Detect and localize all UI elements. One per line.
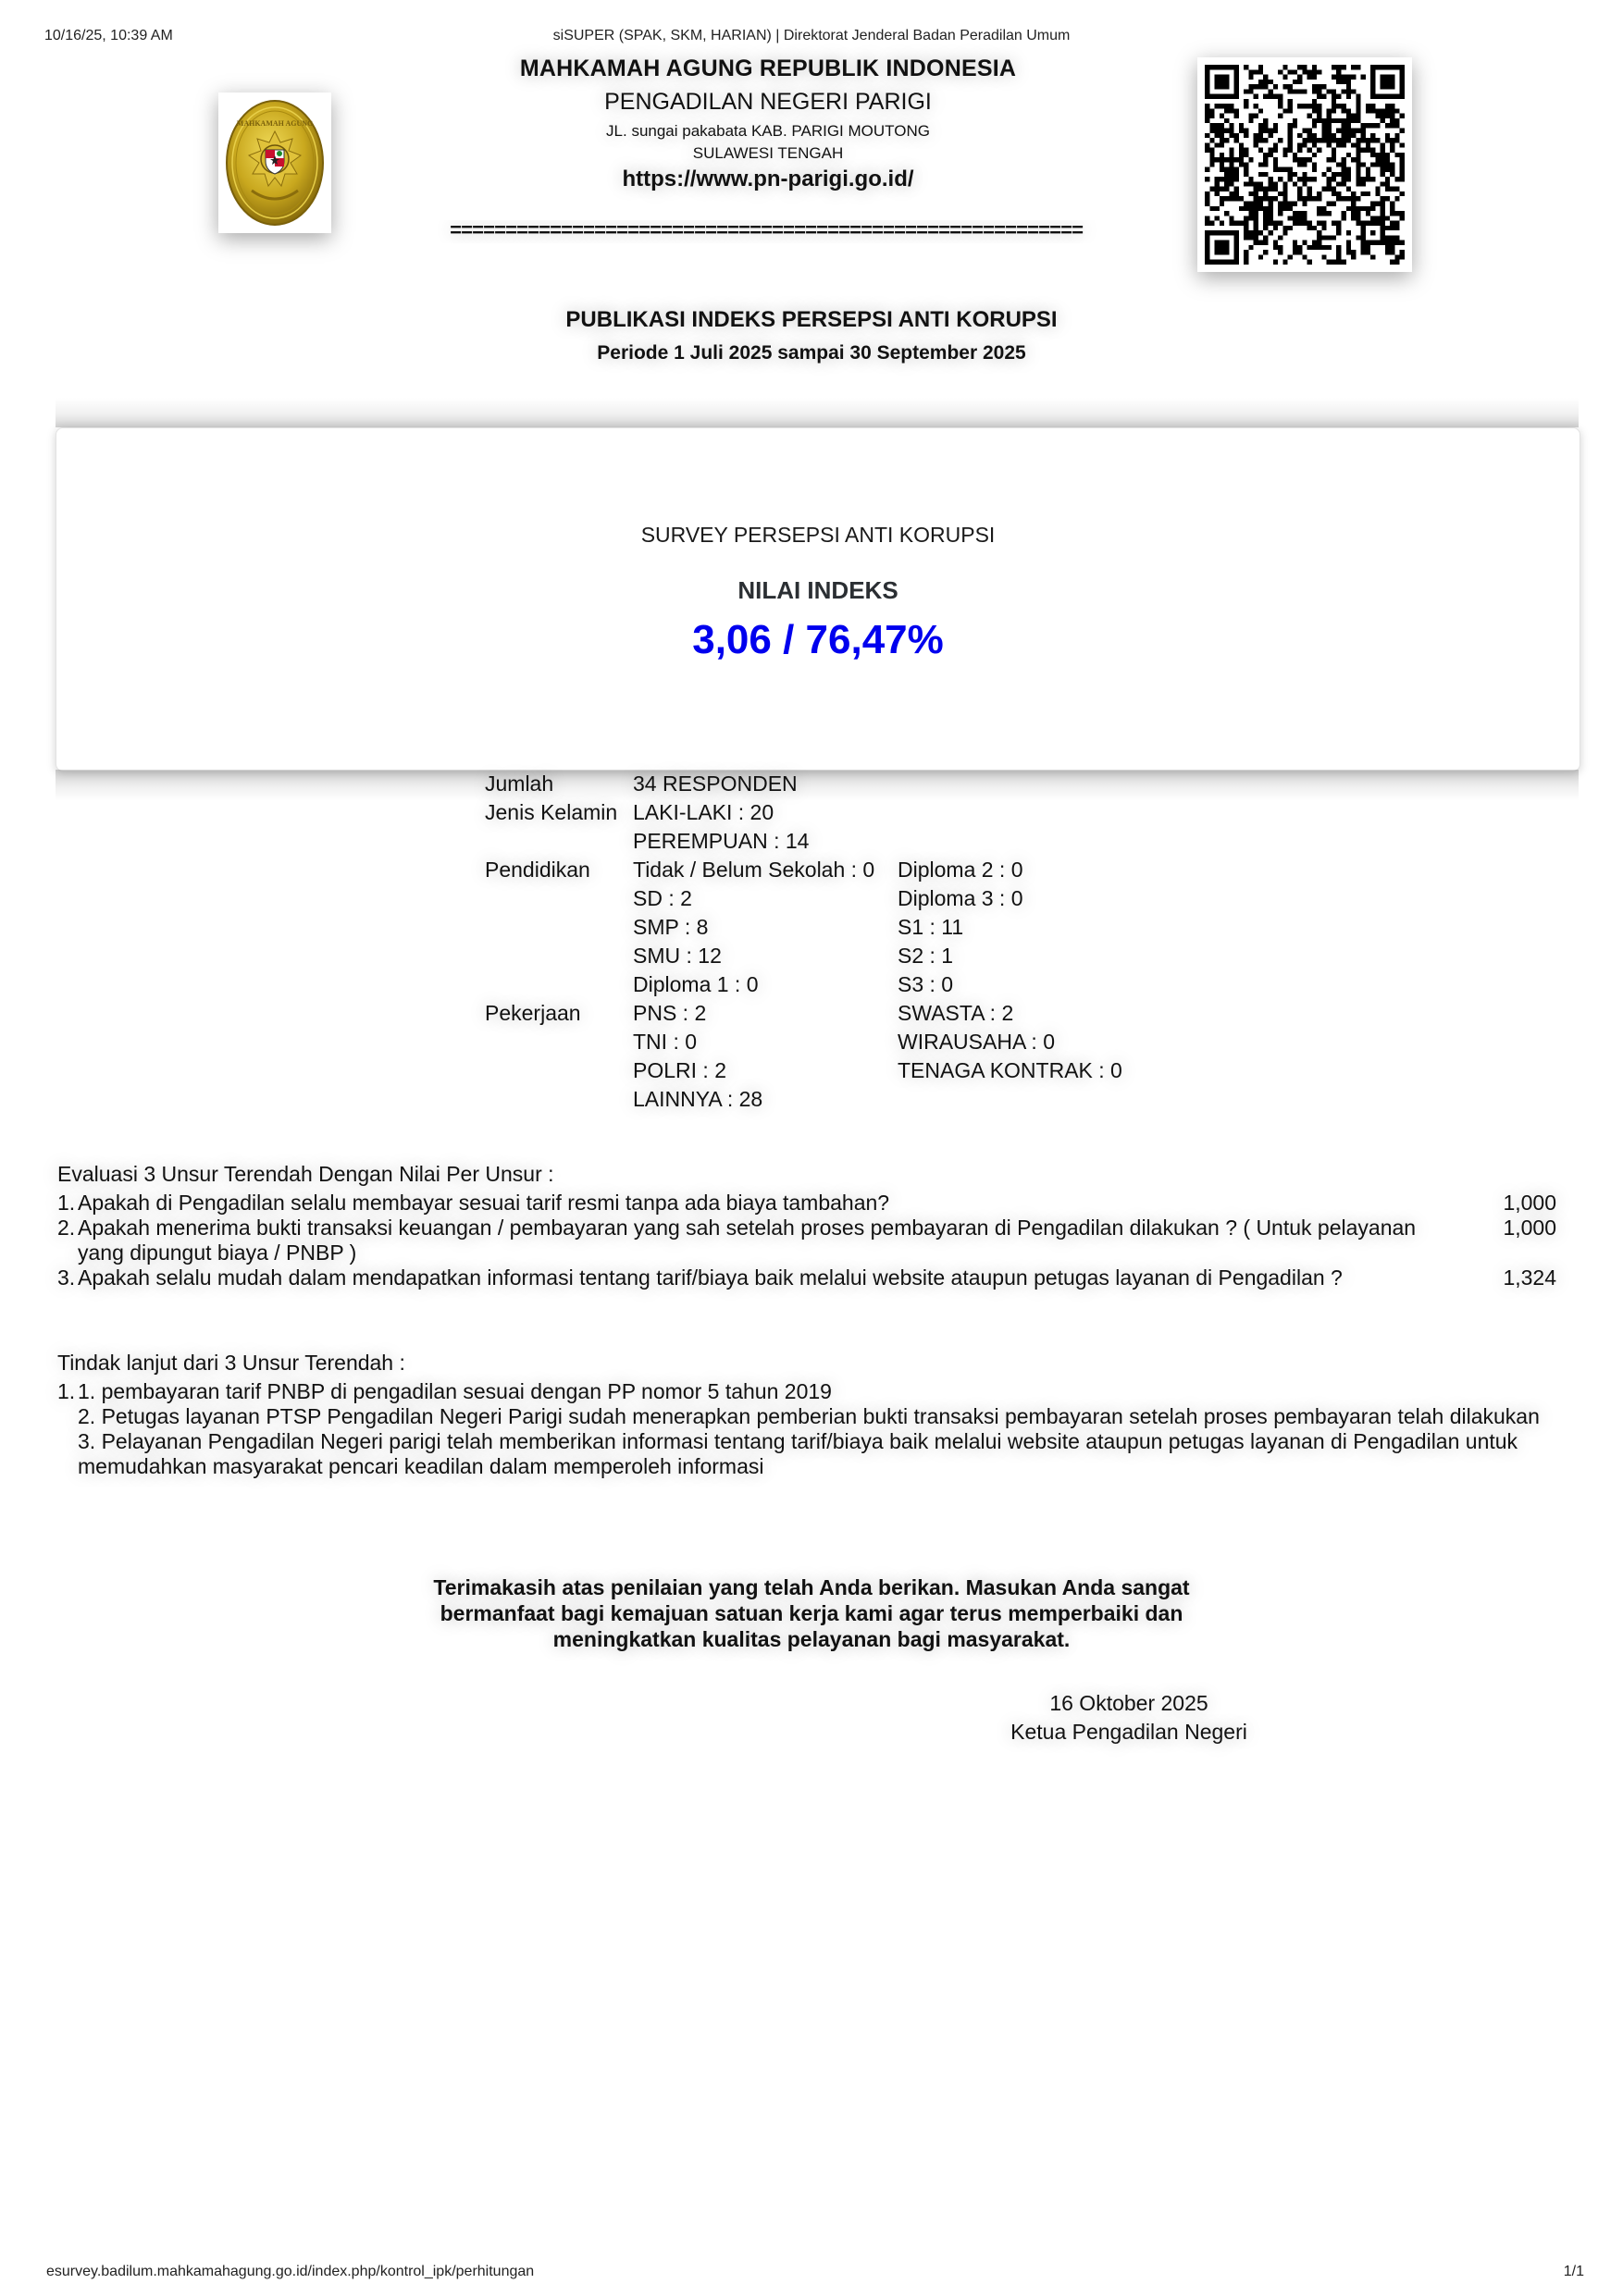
qr-frame — [1197, 57, 1412, 272]
institution-name: MAHKAMAH AGUNG REPUBLIK INDONESIA — [352, 56, 1184, 82]
respondent-value: LAINNYA : 28 — [633, 1085, 762, 1114]
evaluation-score: 1,000 — [1503, 1216, 1556, 1241]
evaluation-question: Apakah selalu mudah dalam mendapatkan in… — [78, 1265, 1455, 1290]
follow-up-action: 1. pembayaran tarif PNBP di pengadilan s… — [78, 1379, 1575, 1404]
respondent-value: 34 RESPONDEN — [633, 770, 798, 798]
respondent-value: S1 : 11 — [898, 913, 963, 942]
evaluation-heading: Evaluasi 3 Unsur Terendah Dengan Nilai P… — [57, 1162, 1556, 1187]
letterhead: MAHKAMAH AGUNG MAHKAMAH AGUNG REPUBLIK I… — [0, 54, 1623, 285]
follow-up-heading: Tindak lanjut dari 3 Unsur Terendah : — [57, 1351, 1575, 1376]
respondent-value: TENAGA KONTRAK : 0 — [898, 1056, 1122, 1085]
respondent-value: LAKI-LAKI : 20 — [633, 798, 774, 827]
evaluation-number: 1. — [57, 1191, 75, 1216]
print-page-number: 1/1 — [1564, 2264, 1584, 2280]
evaluation-number: 3. — [57, 1265, 75, 1290]
emblem-frame: MAHKAMAH AGUNG — [218, 93, 331, 233]
print-footer: esurvey.badilum.mahkamahagung.go.id/inde… — [0, 2264, 1623, 2286]
follow-up-item: 1. 1. pembayaran tarif PNBP di pengadila… — [57, 1379, 1575, 1479]
letterhead-divider: ========================================… — [359, 220, 1173, 243]
evaluation-question: Apakah di Pengadilan selalu membayar ses… — [78, 1191, 1455, 1216]
print-url: esurvey.badilum.mahkamahagung.go.id/inde… — [46, 2264, 534, 2280]
evaluation-item: 3.Apakah selalu mudah dalam mendapatkan … — [57, 1265, 1556, 1290]
signature-block: 16 Oktober 2025 Ketua Pengadilan Negeri — [981, 1689, 1277, 1747]
evaluation-item: 1.Apakah di Pengadilan selalu membayar s… — [57, 1191, 1556, 1216]
follow-up-action: 3. Pelayanan Pengadilan Negeri parigi te… — [78, 1429, 1575, 1479]
follow-up-number: 1. — [57, 1379, 75, 1404]
evaluation-item: 2.Apakah menerima bukti transaksi keuang… — [57, 1216, 1556, 1265]
evaluation-section: Evaluasi 3 Unsur Terendah Dengan Nilai P… — [57, 1162, 1556, 1290]
respondent-value: SD : 2 — [633, 884, 692, 913]
index-card: SURVEY PERSEPSI ANTI KORUPSI NILAI INDEK… — [56, 427, 1580, 772]
respondent-value: SMU : 12 — [633, 942, 722, 970]
respondent-value: Diploma 2 : 0 — [898, 856, 1023, 884]
qr-code-icon — [1205, 65, 1405, 265]
respondent-value: PEREMPUAN : 14 — [633, 827, 809, 856]
court-name: PENGADILAN NEGERI PARIGI — [352, 89, 1184, 116]
index-label: NILAI INDEKS — [56, 576, 1580, 605]
signature-date: 16 Oktober 2025 — [981, 1689, 1277, 1718]
respondent-category: Pekerjaan — [485, 999, 581, 1028]
mahkamah-agung-emblem-icon: MAHKAMAH AGUNG — [224, 98, 326, 228]
respondent-value: S3 : 0 — [898, 970, 953, 999]
respondent-value: POLRI : 2 — [633, 1056, 726, 1085]
respondent-category: Jumlah — [485, 770, 553, 798]
respondent-value: TNI : 0 — [633, 1028, 697, 1056]
print-page-title: siSUPER (SPAK, SKM, HARIAN) | Direktorat… — [0, 28, 1623, 44]
evaluation-score: 1,000 — [1503, 1191, 1556, 1216]
respondent-category: Pendidikan — [485, 856, 590, 884]
evaluation-score: 1,324 — [1503, 1265, 1556, 1290]
thank-you-message: Terimakasih atas penilaian yang telah An… — [389, 1574, 1234, 1652]
card-shadow-bottom — [56, 770, 1579, 801]
publication-period: Periode 1 Juli 2025 sampai 30 September … — [0, 342, 1623, 364]
card-shadow-top — [56, 398, 1579, 427]
survey-name: SURVEY PERSEPSI ANTI KORUPSI — [56, 523, 1580, 548]
emblem-text: MAHKAMAH AGUNG — [237, 119, 313, 128]
respondent-category: Jenis Kelamin — [485, 798, 617, 827]
print-header: 10/16/25, 10:39 AM siSUPER (SPAK, SKM, H… — [0, 28, 1623, 50]
signatory-title: Ketua Pengadilan Negeri — [981, 1718, 1277, 1747]
respondent-value: SWASTA : 2 — [898, 999, 1013, 1028]
court-website[interactable]: https://www.pn-parigi.go.id/ — [352, 167, 1184, 192]
respondent-value: SMP : 8 — [633, 913, 708, 942]
publication-title: PUBLIKASI INDEKS PERSEPSI ANTI KORUPSI — [0, 307, 1623, 333]
respondent-value: Diploma 1 : 0 — [633, 970, 759, 999]
follow-up-action: 2. Petugas layanan PTSP Pengadilan Neger… — [78, 1404, 1575, 1429]
respondent-value: S2 : 1 — [898, 942, 953, 970]
follow-up-section: Tindak lanjut dari 3 Unsur Terendah : 1.… — [57, 1351, 1575, 1479]
court-address-line1: JL. sungai pakabata KAB. PARIGI MOUTONG — [352, 122, 1184, 141]
respondent-value: Tidak / Belum Sekolah : 0 — [633, 856, 874, 884]
evaluation-number: 2. — [57, 1216, 75, 1241]
index-value: 3,06 / 76,47% — [56, 617, 1580, 663]
respondent-value: PNS : 2 — [633, 999, 706, 1028]
respondent-value: WIRAUSAHA : 0 — [898, 1028, 1055, 1056]
court-address-line2: SULAWESI TENGAH — [352, 144, 1184, 163]
evaluation-question: Apakah menerima bukti transaksi keuangan… — [78, 1216, 1455, 1265]
respondent-value: Diploma 3 : 0 — [898, 884, 1023, 913]
